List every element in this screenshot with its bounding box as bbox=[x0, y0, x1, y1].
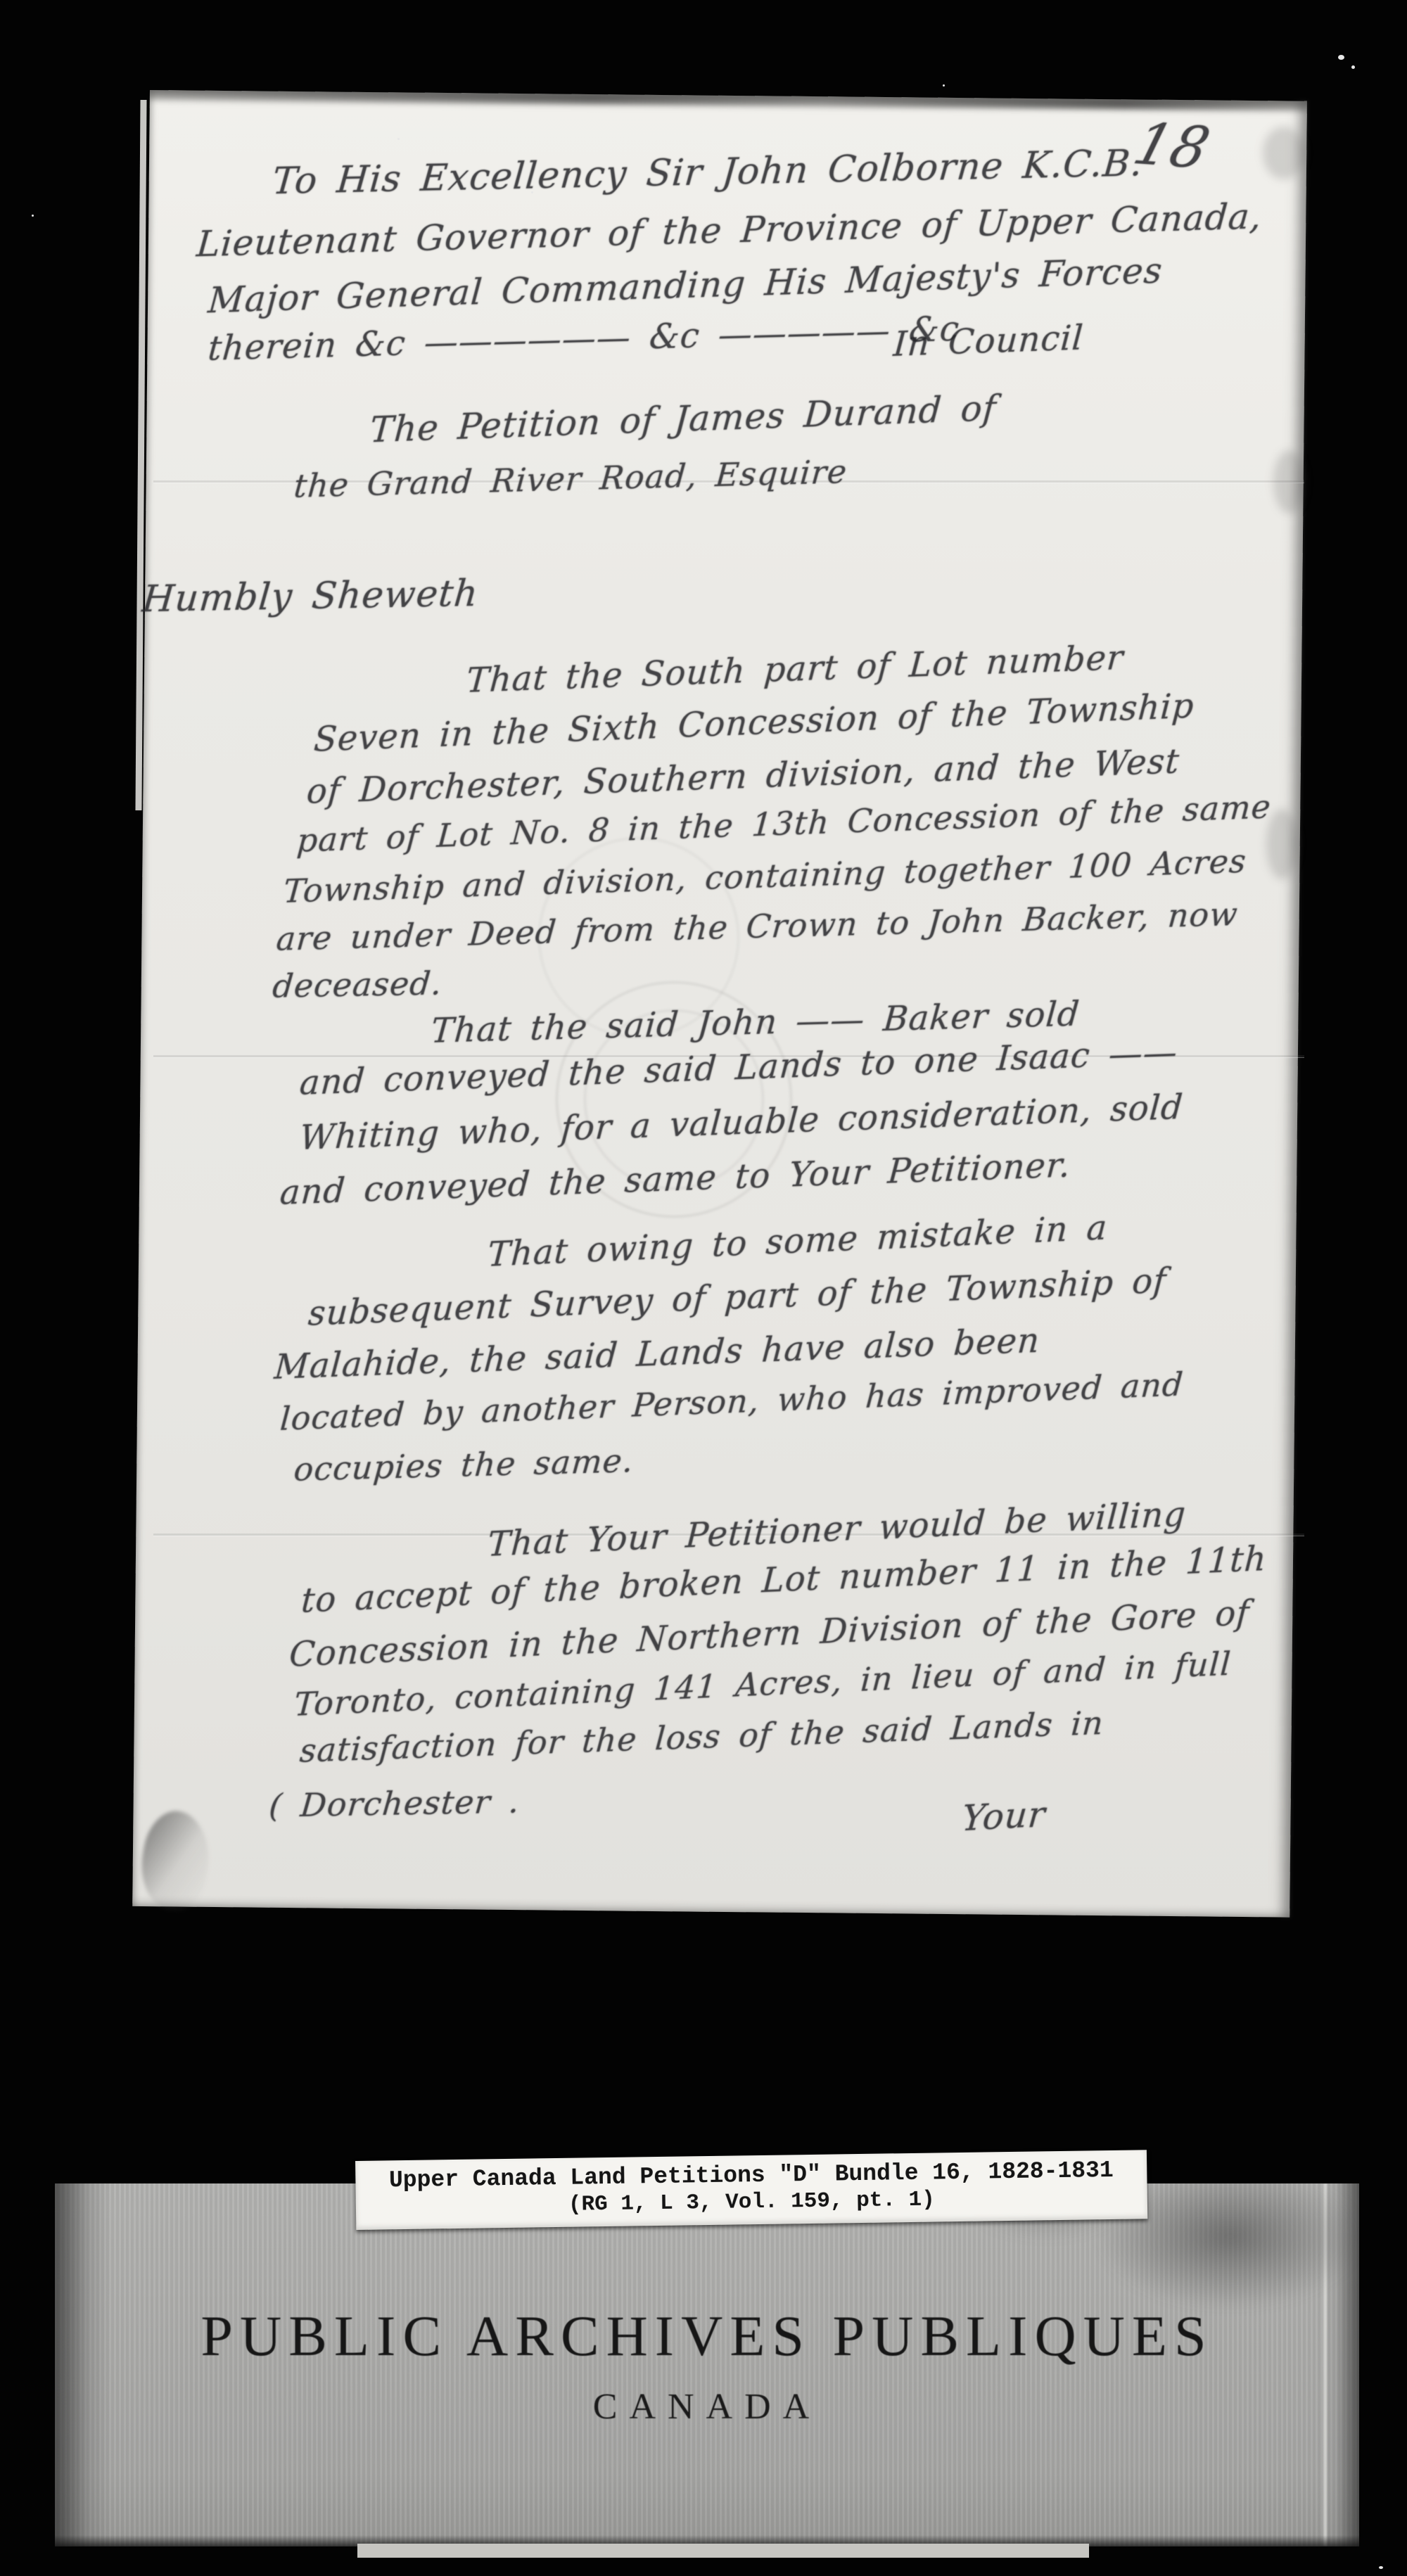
closing-word: Your bbox=[960, 1794, 1048, 1839]
salutation: Humbly Sheweth bbox=[141, 573, 480, 620]
body-line: deceased. bbox=[271, 964, 444, 1005]
film-speck bbox=[32, 215, 34, 217]
edge-stain bbox=[1273, 450, 1305, 514]
edge-stain bbox=[1266, 809, 1298, 879]
film-speck bbox=[531, 191, 533, 193]
film-speck bbox=[1379, 2566, 1383, 2569]
sign-base-strip bbox=[357, 2544, 1089, 2558]
film-speck bbox=[397, 138, 400, 140]
film-speck bbox=[1338, 55, 1344, 60]
film-speck bbox=[943, 84, 945, 87]
microfilm-scan: 18 To His Excellency Sir John Colborne K… bbox=[0, 0, 1407, 2576]
archive-reference-label: Upper Canada Land Petitions "D" Bundle 1… bbox=[355, 2150, 1147, 2230]
archives-sign: PUBLIC ARCHIVES PUBLIQUES CANADA bbox=[55, 2183, 1359, 2546]
archives-subtitle: CANADA bbox=[55, 2386, 1359, 2428]
address-line-in-council: In Council bbox=[892, 319, 1085, 365]
archives-title: PUBLIC ARCHIVES PUBLIQUES bbox=[55, 2303, 1359, 2369]
edge-stain bbox=[1263, 127, 1305, 179]
film-speck bbox=[1351, 65, 1355, 69]
body-line: ( Dorchester . bbox=[267, 1783, 521, 1825]
